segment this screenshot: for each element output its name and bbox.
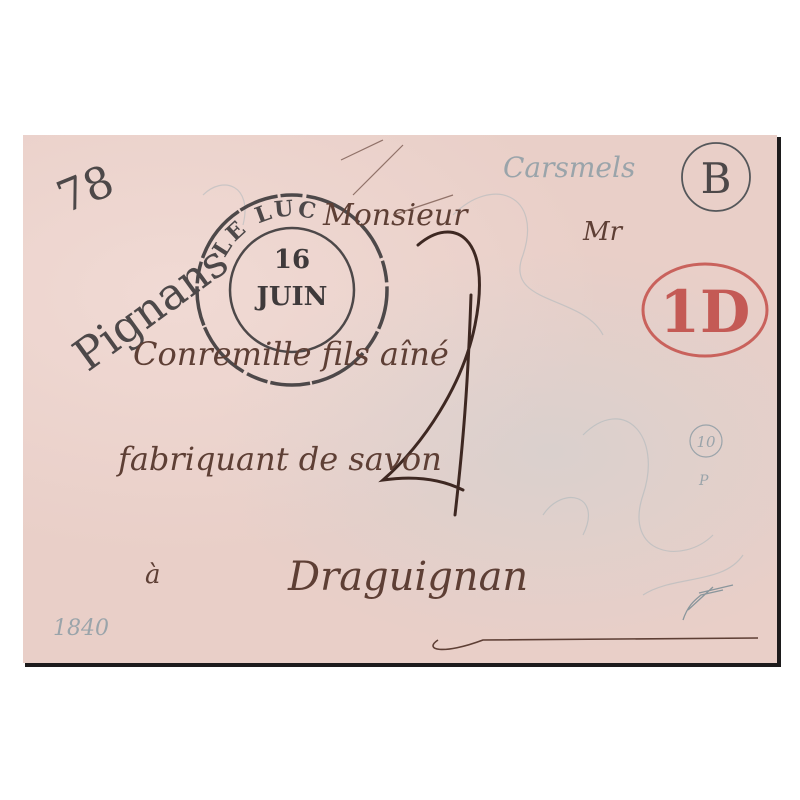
svg-text:B: B <box>701 154 732 203</box>
pencil-note-top: Carsmels <box>503 151 635 184</box>
address-honorific: Mr <box>582 217 624 247</box>
boxed-letter-mark: B <box>682 143 750 211</box>
svg-text:1D: 1D <box>660 278 751 346</box>
pencil-year: 1840 <box>53 616 109 641</box>
svg-text:10: 10 <box>696 433 716 451</box>
red-oval-mark: 1D <box>643 264 767 356</box>
postmark-month: JUIN <box>255 282 328 312</box>
address-occupation: fabriquant de savon <box>116 440 442 478</box>
postmark-day: 16 <box>274 245 310 275</box>
pencil-circle-mark: 10 P <box>690 425 722 489</box>
address-salutation: Monsieur <box>322 198 469 233</box>
letter-paper: 78 Pignans LE LUC 16 JUIN B 1D Carsmels … <box>23 135 777 663</box>
origin-number: 78 <box>50 156 121 224</box>
letter-markings: 78 Pignans LE LUC 16 JUIN B 1D Carsmels … <box>23 135 777 663</box>
address-underline <box>433 638 758 649</box>
pencil-scribble <box>683 585 733 620</box>
pencil-small-mark: P <box>698 473 709 489</box>
address-name: Conremille fils aîné <box>133 335 449 373</box>
address-city: Draguignan <box>287 554 528 600</box>
address-prefix: à <box>145 560 161 590</box>
